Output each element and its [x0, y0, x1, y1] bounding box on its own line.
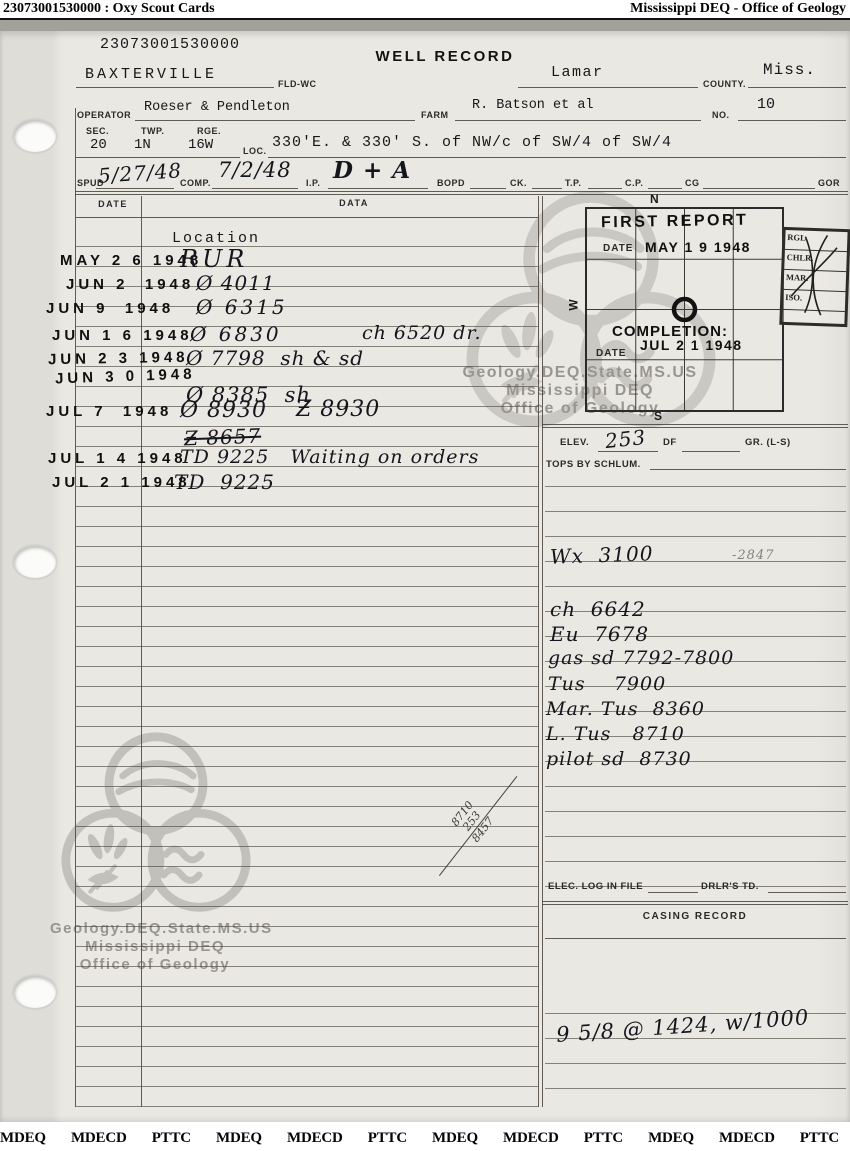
log-entry-data: Ø 6830	[190, 322, 282, 346]
hole-punch	[14, 976, 56, 1008]
log-entry-extra: ch 6520 dr.	[362, 322, 482, 344]
log-entry-data: Ø 4011	[196, 271, 276, 295]
comp-label: COMP.	[180, 178, 211, 188]
field-label: FLD-WC	[278, 79, 317, 89]
formation-top: Eu 7678	[550, 622, 649, 646]
plat-west-label: W	[567, 299, 581, 310]
gor-label: GOR	[818, 178, 840, 188]
ip-label: I.P.	[306, 178, 320, 188]
rge-value: 16W	[188, 137, 213, 153]
sec-label: SEC.	[86, 126, 109, 136]
data-column-header: DATA	[170, 198, 538, 208]
data-panel-divider	[542, 196, 543, 1107]
log-entry-extra: Ƶ 8930	[296, 397, 380, 422]
hole-punch	[14, 120, 56, 152]
plat-north-label: N	[650, 192, 659, 206]
well-no-label: NO.	[712, 110, 730, 120]
log-entry-data: TD 9225 Waiting on orders	[180, 446, 479, 468]
log-entry-date: JUN 1 6 1948	[52, 327, 193, 344]
bopd-label: BOPD	[437, 178, 465, 188]
log-entry-date: JUN 2 1948	[66, 276, 194, 293]
formation-top: ch 6642	[550, 597, 646, 621]
log-entry-data: Ø 7798 sh & sd	[186, 346, 364, 370]
farm-value: R. Batson et al	[472, 98, 594, 113]
elev-label: ELEV.	[560, 437, 589, 448]
routing-stamp-box: RGL. CHLR. MAR. ISO.	[779, 227, 850, 327]
formation-top: gas sd 7792-7800	[548, 647, 734, 669]
log-entry-data: Ø 6315	[196, 295, 288, 319]
elev-value: 253	[604, 425, 647, 453]
loc-label: LOC.	[243, 146, 267, 156]
log-entry-date: JUL 2 1 1948	[52, 474, 191, 491]
log-entry-date: JUL 7 1948	[46, 403, 172, 420]
formation-top: L. Tus 8710	[546, 723, 685, 745]
state-value: Miss.	[763, 61, 816, 79]
formation-top: Tus 7900	[548, 673, 666, 695]
formation-top: Mar. Tus 8360	[546, 698, 705, 720]
sec-value: 20	[90, 137, 107, 153]
elec-log-label: ELEC. LOG IN FILE	[548, 881, 643, 892]
elev-df-label: DF	[663, 437, 677, 448]
drlrs-td-label: DRLR'S TD.	[701, 881, 759, 892]
completion-date-stamp: JUL 2 1 1948	[640, 337, 743, 353]
twp-label: TWP.	[141, 126, 164, 136]
county-label: COUNTY.	[703, 79, 746, 89]
formation-top: pilot sd 8730	[546, 748, 692, 770]
log-entry-data: Ø 8930	[180, 398, 267, 423]
elev-gr-label: GR. (L-S)	[745, 437, 791, 448]
scanned-well-record-page: { "header": { "left": "23073001530000 : …	[0, 0, 850, 1151]
cp-label: C.P.	[625, 178, 643, 188]
log-entry-data: TD 9225	[174, 470, 275, 494]
casing-record-title: CASING RECORD	[542, 911, 848, 922]
first-report-date-label: DATE	[603, 243, 633, 254]
first-report-date-stamp: MAY 1 9 1948	[645, 239, 751, 255]
field-name-value: BAXTERVILLE	[85, 66, 217, 83]
cg-label: CG	[685, 178, 700, 188]
header-right-title: Mississippi DEQ - Office of Geology	[630, 1, 846, 17]
handwritten-scribble	[783, 230, 842, 318]
formation-top: Wx 3100	[550, 541, 654, 569]
api-number: 23073001530000	[100, 36, 240, 53]
farm-label: FARM	[421, 110, 449, 120]
plat-section-grid	[585, 207, 784, 412]
ck-label: CK.	[510, 178, 527, 188]
loc-value: 330'E. & 330' S. of NW/c of SW/4 of SW/4	[272, 134, 672, 151]
comp-value: 7/2/48	[218, 158, 292, 182]
date-column-header: DATE	[88, 199, 138, 209]
formation-top-subsea-note: -2847	[732, 548, 774, 563]
tp-label: T.P.	[565, 178, 581, 188]
operator-value: Roeser & Pendleton	[144, 100, 290, 115]
county-value: Lamar	[551, 64, 604, 81]
operator-label: OPERATOR	[77, 110, 131, 120]
form-title: WELL RECORD	[345, 48, 545, 65]
completion-date-label: DATE	[596, 348, 626, 359]
header-left-title: 23073001530000 : Oxy Scout Cards	[3, 1, 215, 17]
footer-watermark-text: MDEQ MDECD PTTC MDEQ MDECD PTTC MDEQ MDE…	[0, 1130, 850, 1147]
first-report-stamp: FIRST REPORT	[601, 212, 749, 233]
well-no-value: 10	[757, 96, 775, 113]
ip-value: D + A	[333, 157, 411, 184]
log-entry-date: JUN 2 3 1948	[48, 349, 189, 368]
rge-label: RGE.	[197, 126, 221, 136]
data-panel-divider	[538, 196, 539, 1107]
hole-punch	[14, 546, 56, 578]
twp-value: 1N	[134, 137, 151, 153]
log-entry-data: RUR	[180, 245, 248, 273]
log-entry-date: JUL 1 4 1948	[48, 450, 187, 467]
log-entry-date: JUN 9 1948	[46, 300, 174, 317]
